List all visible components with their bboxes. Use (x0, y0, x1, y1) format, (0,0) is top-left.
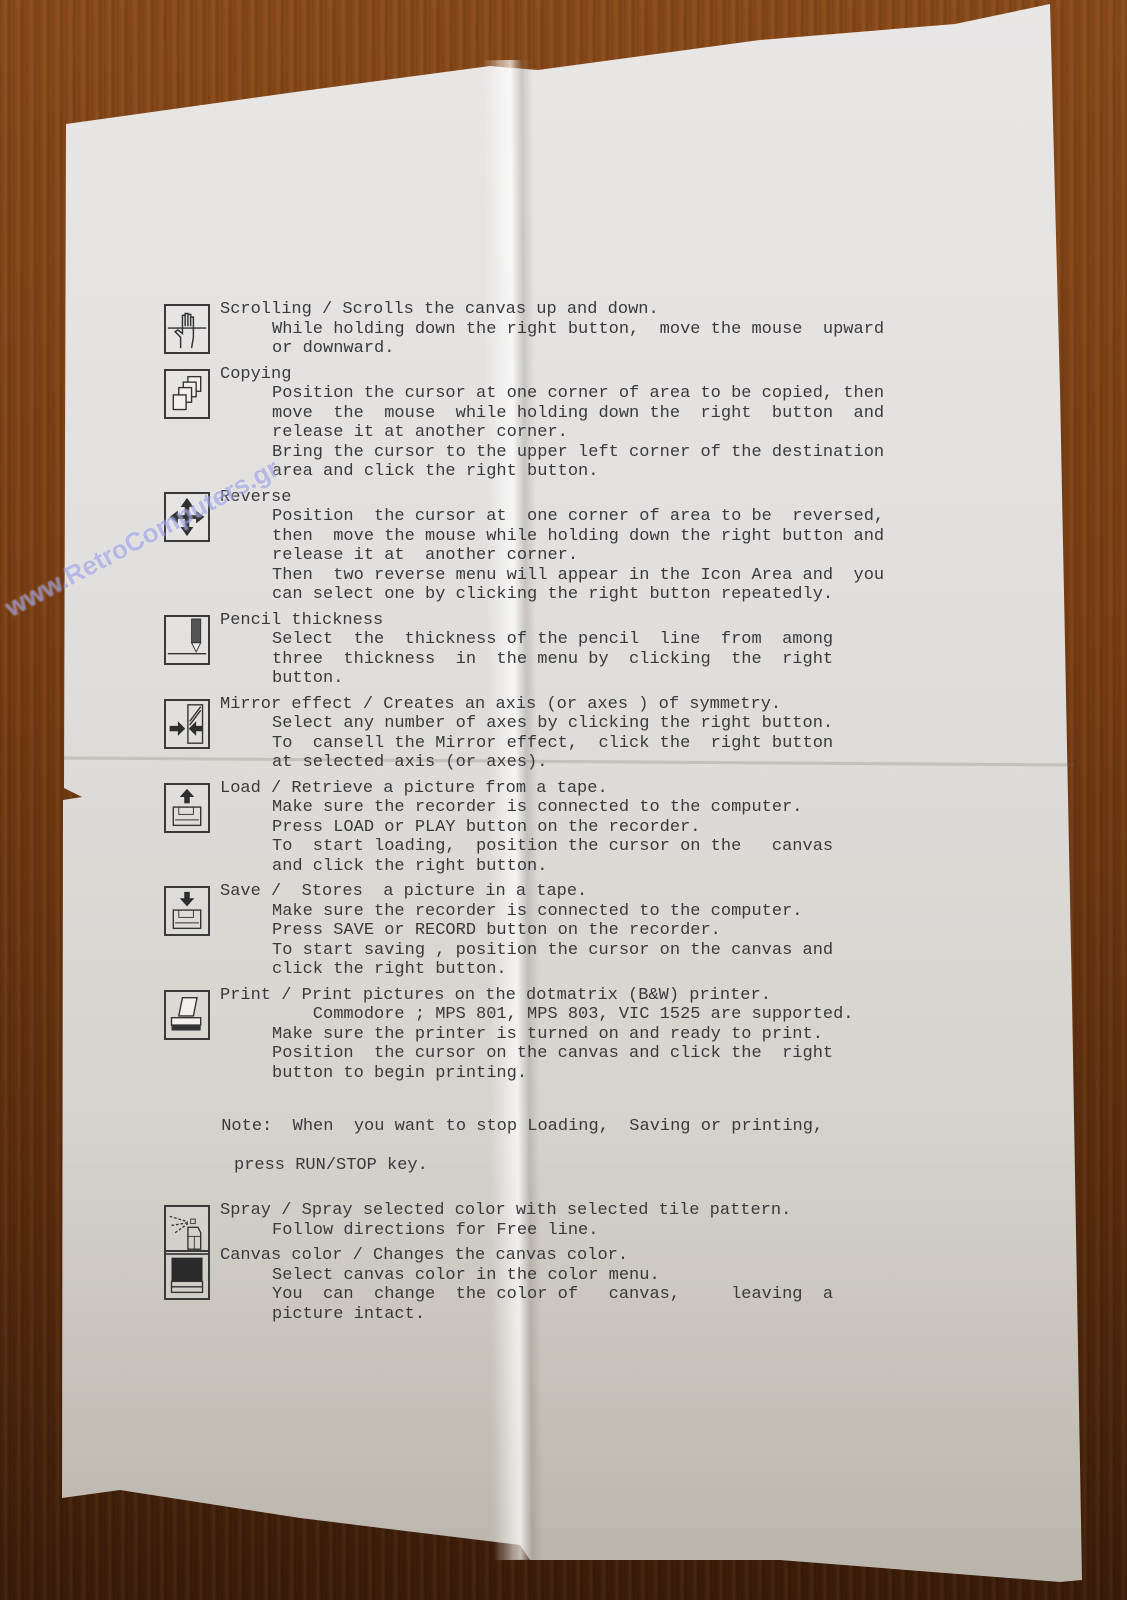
hand-scroll-icon (164, 304, 210, 354)
pencil-icon (164, 615, 210, 665)
entry-canvas-color: Canvas color / Changes the canvas color.… (160, 1246, 980, 1324)
entry-four-way-arrow: ReversePosition the cursor at one corner… (160, 488, 980, 605)
load-tape-icon (164, 783, 210, 833)
entry-line: click the right button. (220, 960, 980, 980)
entry-line: Position the cursor at one corner of are… (220, 507, 980, 527)
entry-line: To start loading, position the cursor on… (220, 837, 980, 857)
entry-line: While holding down the right button, mov… (220, 320, 980, 340)
entry-title: Canvas color / Changes the canvas color. (220, 1246, 980, 1266)
entry-line: Position the cursor at one corner of are… (220, 384, 980, 404)
entry-line: picture intact. (220, 1305, 980, 1325)
save-tape-icon (164, 886, 210, 936)
entry-line: Position the cursor on the canvas and cl… (220, 1044, 980, 1064)
entry-mirror-axis: Mirror effect / Creates an axis (or axes… (160, 695, 980, 773)
entry-line: Commodore ; MPS 801, MPS 803, VIC 1525 a… (220, 1005, 980, 1025)
entry-title: Reverse (220, 488, 980, 508)
entry-line: area and click the right button. (220, 462, 980, 482)
entry-line: Select the thickness of the pencil line … (220, 630, 980, 650)
entry-save-tape: Save / Stores a picture in a tape.Make s… (160, 882, 980, 980)
entry-title: Spray / Spray selected color with select… (220, 1201, 980, 1221)
entry-title: Save / Stores a picture in a tape. (220, 882, 980, 902)
entry-title: Mirror effect / Creates an axis (or axes… (220, 695, 980, 715)
entry-load-tape: Load / Retrieve a picture from a tape.Ma… (160, 779, 980, 877)
entry-line: release it at another corner. (220, 423, 980, 443)
entry-line: You can change the color of canvas, leav… (220, 1285, 980, 1305)
entry-line: at selected axis (or axes). (220, 753, 980, 773)
note-line-1: When you want to stop Loading, Saving or… (293, 1117, 824, 1136)
entry-line: Then two reverse menu will appear in the… (220, 566, 980, 586)
entry-line: release it at another corner. (220, 546, 980, 566)
note-block: Note: When you want to stop Loading, Sav… (160, 1097, 980, 1175)
entry-line: button to begin printing. (220, 1064, 980, 1084)
entry-title: Print / Print pictures on the dotmatrix … (220, 986, 980, 1006)
entry-line: button. (220, 669, 980, 689)
entry-title: Pencil thickness (220, 611, 980, 631)
entry-pencil: Pencil thicknessSelect the thickness of … (160, 611, 980, 689)
entry-line: Make sure the printer is turned on and r… (220, 1025, 980, 1045)
entry-line: Make sure the recorder is connected to t… (220, 798, 980, 818)
entry-line: then move the mouse while holding down t… (220, 527, 980, 547)
entry-title: Copying (220, 365, 980, 385)
mirror-axis-icon (164, 699, 210, 749)
instruction-sheet: Scrolling / Scrolls the canvas up and do… (160, 300, 980, 1330)
entry-line: three thickness in the menu by clicking … (220, 650, 980, 670)
entry-line: and click the right button. (220, 857, 980, 877)
entry-line: Make sure the recorder is connected to t… (220, 902, 980, 922)
entry-printer: Print / Print pictures on the dotmatrix … (160, 986, 980, 1084)
copy-stack-icon (164, 369, 210, 419)
entry-line: To start saving , position the cursor on… (220, 941, 980, 961)
entry-line: Select any number of axes by clicking th… (220, 714, 980, 734)
entry-copy-stack: CopyingPosition the cursor at one corner… (160, 365, 980, 482)
entry-title: Load / Retrieve a picture from a tape. (220, 779, 980, 799)
canvas-color-icon (164, 1250, 210, 1300)
entry-hand-scroll: Scrolling / Scrolls the canvas up and do… (160, 300, 980, 359)
note-line-2: press RUN/STOP key. (234, 1156, 980, 1176)
entry-line: or downward. (220, 339, 980, 359)
entry-line: Press LOAD or PLAY button on the recorde… (220, 818, 980, 838)
entry-spray-can: Spray / Spray selected color with select… (160, 1201, 980, 1240)
entry-line: Select canvas color in the color menu. (220, 1266, 980, 1286)
entry-line: move the mouse while holding down the ri… (220, 404, 980, 424)
entry-line: Follow directions for Free line. (220, 1221, 980, 1241)
entry-line: Bring the cursor to the upper left corne… (220, 443, 980, 463)
note-label: Note: (221, 1117, 272, 1136)
entry-title: Scrolling / Scrolls the canvas up and do… (220, 300, 980, 320)
printer-icon (164, 990, 210, 1040)
entry-line: can select one by clicking the right but… (220, 585, 980, 605)
entry-line: Press SAVE or RECORD button on the recor… (220, 921, 980, 941)
entry-line: To cansell the Mirror effect, click the … (220, 734, 980, 754)
